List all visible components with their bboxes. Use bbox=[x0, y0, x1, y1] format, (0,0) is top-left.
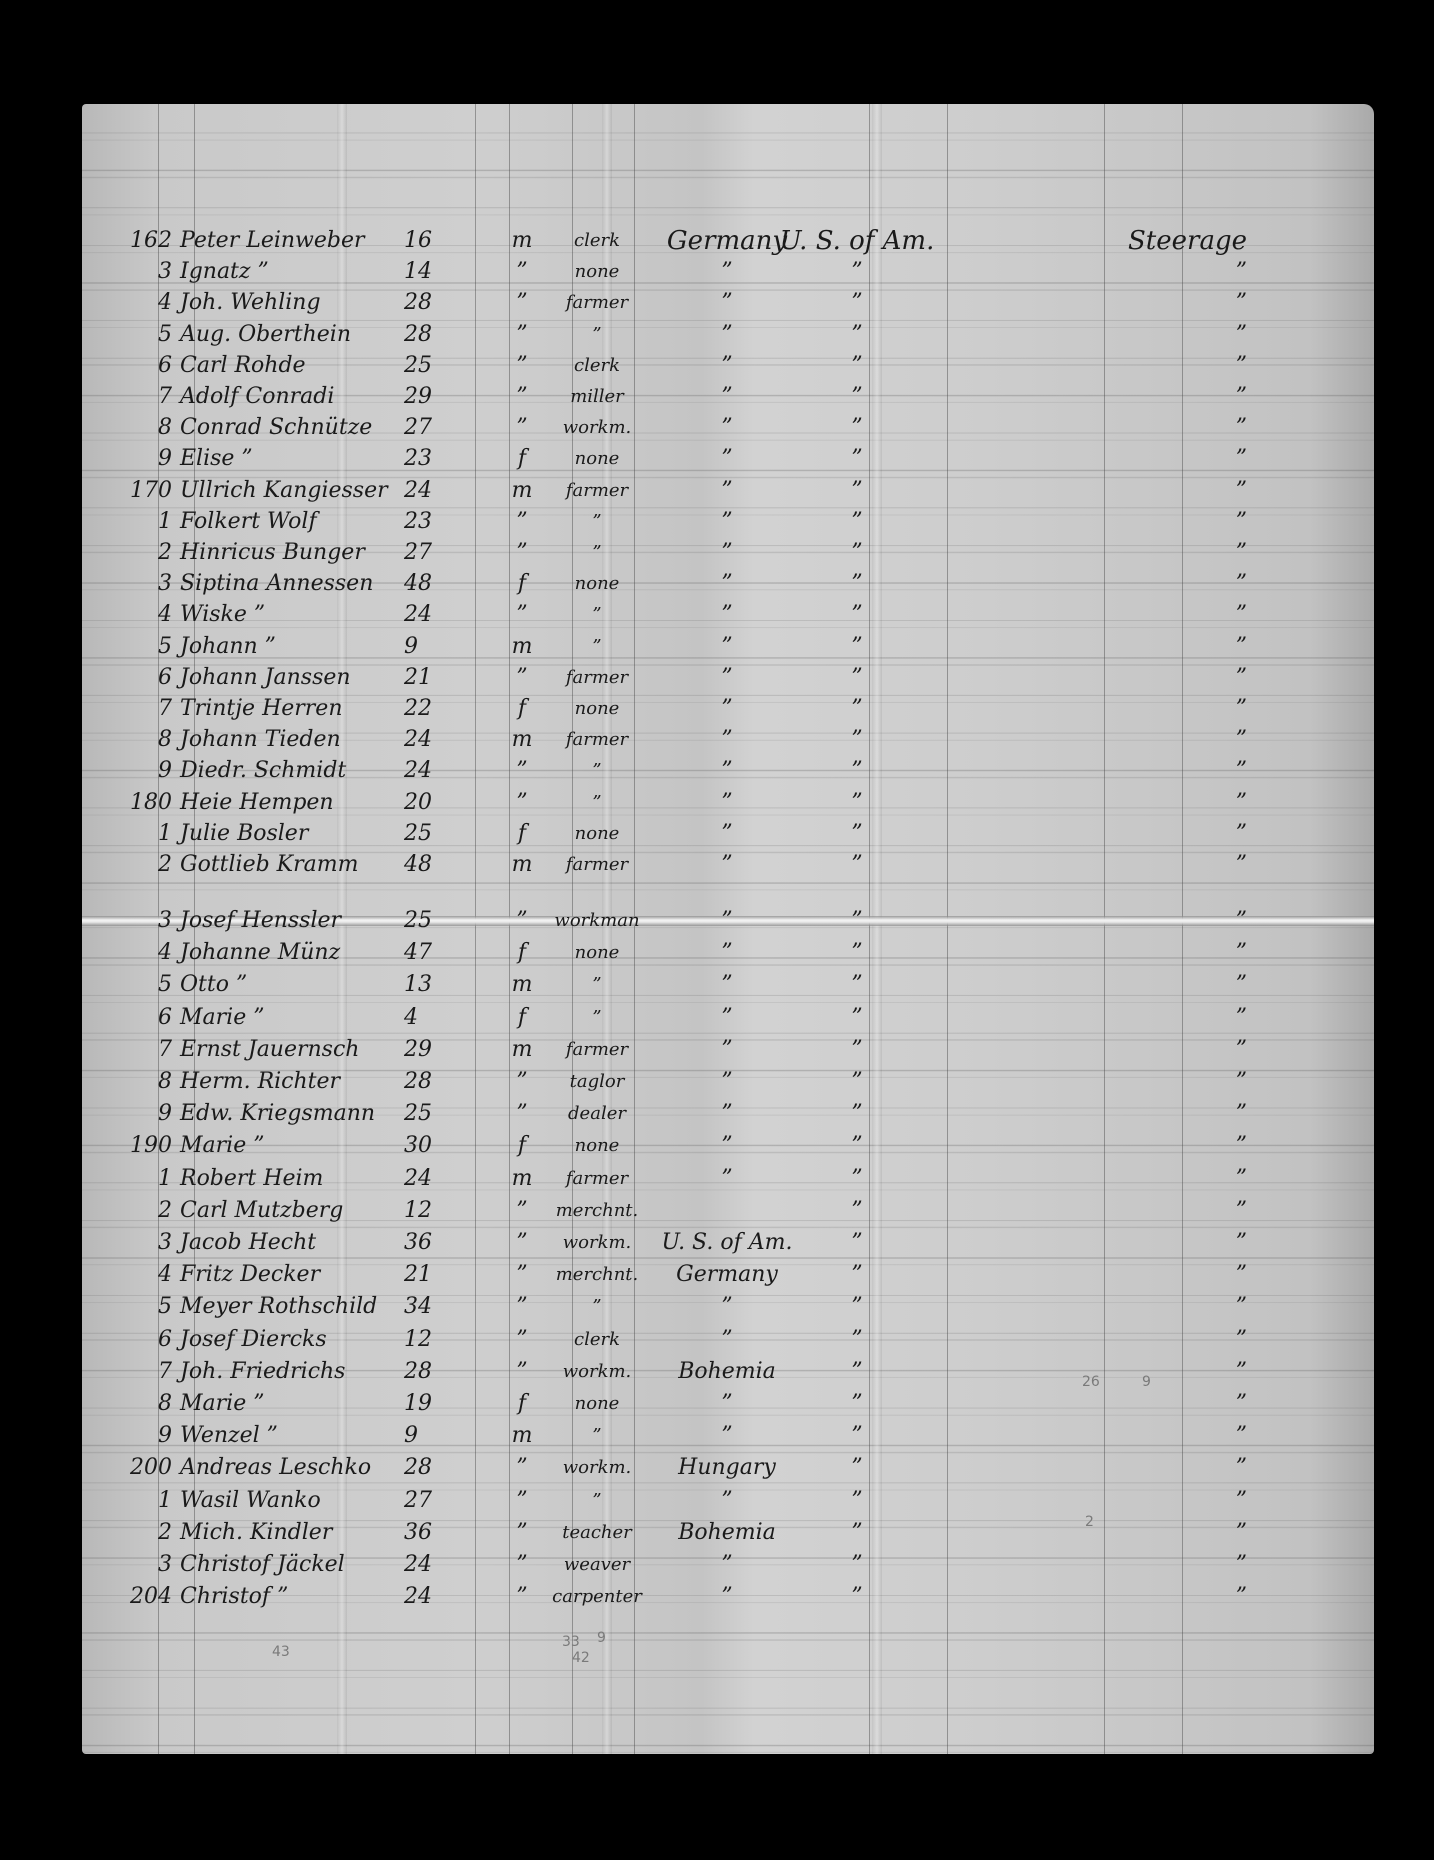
passenger-number: 6 bbox=[112, 661, 172, 695]
passenger-sex: ” bbox=[502, 1065, 542, 1099]
passenger-sex: m bbox=[502, 1162, 542, 1196]
passenger-number: 5 bbox=[112, 968, 172, 1002]
passenger-age: 28 bbox=[404, 318, 474, 352]
passenger-number: 7 bbox=[112, 1355, 172, 1389]
passenger-age: 48 bbox=[404, 567, 474, 601]
passenger-destination: ” bbox=[772, 318, 942, 352]
passenger-age: 25 bbox=[404, 904, 474, 938]
passenger-destination: ” bbox=[772, 754, 942, 788]
passenger-destination: ” bbox=[772, 1451, 942, 1485]
passenger-sex: ” bbox=[502, 1355, 542, 1389]
passenger-age: 29 bbox=[404, 380, 474, 414]
passenger-number: 1 bbox=[112, 1484, 172, 1518]
pencil-note: 26 bbox=[1082, 1374, 1100, 1390]
passenger-accommodation: ” bbox=[967, 349, 1247, 383]
passenger-accommodation: ” bbox=[967, 411, 1247, 445]
passenger-accommodation: ” bbox=[967, 474, 1247, 508]
passenger-age: 27 bbox=[404, 1484, 474, 1518]
passenger-destination: ” bbox=[772, 1419, 942, 1453]
passenger-number: 5 bbox=[112, 1290, 172, 1324]
manifest-row: 1 Wasil Wanko 27 ” ” ” ” ” bbox=[82, 1484, 1374, 1518]
passenger-age: 25 bbox=[404, 349, 474, 383]
passenger-age: 28 bbox=[404, 1451, 474, 1485]
passenger-sex: m bbox=[502, 848, 542, 882]
passenger-accommodation: ” bbox=[967, 598, 1247, 632]
passenger-age: 23 bbox=[404, 442, 474, 476]
passenger-number: 2 bbox=[112, 536, 172, 570]
passenger-destination: ” bbox=[772, 968, 942, 1002]
manifest-row: 4 Fritz Decker 21 ” merchnt. Germany ” ” bbox=[82, 1258, 1374, 1292]
passenger-accommodation: ” bbox=[967, 630, 1247, 664]
passenger-accommodation: ” bbox=[967, 817, 1247, 851]
passenger-destination: ” bbox=[772, 1548, 942, 1582]
passenger-destination: ” bbox=[772, 786, 942, 820]
passenger-accommodation: ” bbox=[967, 1258, 1247, 1292]
passenger-sex: ” bbox=[502, 505, 542, 539]
manifest-row: 3 Siptina Annessen 48 f none ” ” ” bbox=[82, 567, 1374, 601]
passenger-sex: f bbox=[502, 817, 542, 851]
passenger-number: 162 bbox=[112, 224, 172, 258]
pencil-note: 9 bbox=[1142, 1374, 1151, 1390]
passenger-number: 190 bbox=[112, 1129, 172, 1163]
passenger-destination: ” bbox=[772, 723, 942, 757]
passenger-number: 9 bbox=[112, 442, 172, 476]
passenger-number: 3 bbox=[112, 1226, 172, 1260]
passenger-destination: ” bbox=[772, 255, 942, 289]
passenger-sex: ” bbox=[502, 598, 542, 632]
passenger-accommodation: ” bbox=[967, 1065, 1247, 1099]
passenger-sex: ” bbox=[502, 1226, 542, 1260]
passenger-sex: f bbox=[502, 442, 542, 476]
passenger-number: 8 bbox=[112, 1065, 172, 1099]
passenger-accommodation: ” bbox=[967, 786, 1247, 820]
passenger-accommodation: ” bbox=[967, 1097, 1247, 1131]
manifest-row: 7 Adolf Conradi 29 ” miller ” ” ” bbox=[82, 380, 1374, 414]
passenger-sex: f bbox=[502, 692, 542, 726]
passenger-accommodation: ” bbox=[967, 1194, 1247, 1228]
passenger-number: 7 bbox=[112, 1033, 172, 1067]
passenger-sex: ” bbox=[502, 1516, 542, 1550]
passenger-sex: f bbox=[502, 567, 542, 601]
manifest-row: 9 Elise ” 23 f none ” ” ” bbox=[82, 442, 1374, 476]
passenger-sex: ” bbox=[502, 1548, 542, 1582]
pencil-note: 33 bbox=[562, 1634, 580, 1650]
pencil-note: 2 bbox=[1085, 1514, 1094, 1530]
passenger-sex: ” bbox=[502, 1580, 542, 1614]
passenger-destination: ” bbox=[772, 848, 942, 882]
manifest-row: 190 Marie ” 30 f none ” ” ” bbox=[82, 1129, 1374, 1163]
passenger-age: 27 bbox=[404, 536, 474, 570]
manifest-row: 8 Conrad Schnütze 27 ” workm. ” ” ” bbox=[82, 411, 1374, 445]
manifest-row: 170 Ullrich Kangiesser 24 m farmer ” ” ” bbox=[82, 474, 1374, 508]
passenger-accommodation: ” bbox=[967, 318, 1247, 352]
pencil-note: 9 bbox=[597, 1630, 606, 1646]
manifest-row: 5 Johann ” 9 m ” ” ” ” bbox=[82, 630, 1374, 664]
passenger-destination: ” bbox=[772, 1258, 942, 1292]
manifest-row: 7 Ernst Jauernsch 29 m farmer ” ” ” bbox=[82, 1033, 1374, 1067]
manifest-row: 1 Folkert Wolf 23 ” ” ” ” ” bbox=[82, 505, 1374, 539]
passenger-accommodation: ” bbox=[967, 1162, 1247, 1196]
passenger-age: 4 bbox=[404, 1001, 474, 1035]
manifest-row: 9 Wenzel ” 9 m ” ” ” ” bbox=[82, 1419, 1374, 1453]
passenger-age: 34 bbox=[404, 1290, 474, 1324]
manifest-row: 2 Gottlieb Kramm 48 m farmer ” ” ” bbox=[82, 848, 1374, 882]
passenger-sex: m bbox=[502, 1419, 542, 1453]
passenger-destination: ” bbox=[772, 1226, 942, 1260]
passenger-age: 20 bbox=[404, 786, 474, 820]
passenger-destination: ” bbox=[772, 1484, 942, 1518]
passenger-accommodation: ” bbox=[967, 1484, 1247, 1518]
passenger-number: 9 bbox=[112, 1097, 172, 1131]
passenger-sex: ” bbox=[502, 1484, 542, 1518]
passenger-number: 6 bbox=[112, 1323, 172, 1357]
passenger-sex: ” bbox=[502, 1194, 542, 1228]
passenger-destination: ” bbox=[772, 936, 942, 970]
passenger-accommodation: ” bbox=[967, 692, 1247, 726]
passenger-number: 2 bbox=[112, 1516, 172, 1550]
passenger-age: 36 bbox=[404, 1226, 474, 1260]
passenger-destination: ” bbox=[772, 1355, 942, 1389]
passenger-accommodation: ” bbox=[967, 968, 1247, 1002]
passenger-destination: ” bbox=[772, 598, 942, 632]
passenger-age: 9 bbox=[404, 630, 474, 664]
passenger-number: 8 bbox=[112, 723, 172, 757]
manifest-page: 162 Peter Leinweber 16 m clerk Germany U… bbox=[82, 104, 1374, 1754]
manifest-row: 7 Joh. Friedrichs 28 ” workm. Bohemia ” … bbox=[82, 1355, 1374, 1389]
passenger-number: 4 bbox=[112, 1258, 172, 1292]
manifest-row: 204 Christof ” 24 ” carpenter ” ” ” bbox=[82, 1580, 1374, 1614]
manifest-row: 6 Johann Janssen 21 ” farmer ” ” ” bbox=[82, 661, 1374, 695]
passenger-number: 8 bbox=[112, 1387, 172, 1421]
passenger-destination: ” bbox=[772, 1516, 942, 1550]
manifest-row: 5 Otto ” 13 m ” ” ” ” bbox=[82, 968, 1374, 1002]
passenger-age: 47 bbox=[404, 936, 474, 970]
manifest-row: 9 Edw. Kriegsmann 25 ” dealer ” ” ” bbox=[82, 1097, 1374, 1131]
passenger-destination: ” bbox=[772, 474, 942, 508]
passenger-age: 36 bbox=[404, 1516, 474, 1550]
passenger-sex: ” bbox=[502, 1323, 542, 1357]
manifest-row: 3 Christof Jäckel 24 ” weaver ” ” ” bbox=[82, 1548, 1374, 1582]
passenger-accommodation: ” bbox=[967, 1419, 1247, 1453]
passenger-number: 2 bbox=[112, 848, 172, 882]
passenger-sex: ” bbox=[502, 286, 542, 320]
pencil-note: 42 bbox=[572, 1650, 590, 1666]
passenger-accommodation: ” bbox=[967, 255, 1247, 289]
passenger-age: 24 bbox=[404, 754, 474, 788]
passenger-destination: ” bbox=[772, 661, 942, 695]
passenger-age: 21 bbox=[404, 661, 474, 695]
passenger-number: 3 bbox=[112, 255, 172, 289]
passenger-number: 1 bbox=[112, 1162, 172, 1196]
passenger-number: 4 bbox=[112, 598, 172, 632]
passenger-sex: f bbox=[502, 1387, 542, 1421]
passenger-sex: ” bbox=[502, 754, 542, 788]
passenger-destination: ” bbox=[772, 1065, 942, 1099]
passenger-age: 22 bbox=[404, 692, 474, 726]
passenger-sex: ” bbox=[502, 349, 542, 383]
passenger-age: 28 bbox=[404, 1355, 474, 1389]
passenger-destination: ” bbox=[772, 1194, 942, 1228]
passenger-destination: ” bbox=[772, 1323, 942, 1357]
passenger-age: 30 bbox=[404, 1129, 474, 1163]
manifest-row: 8 Marie ” 19 f none ” ” ” bbox=[82, 1387, 1374, 1421]
passenger-age: 24 bbox=[404, 598, 474, 632]
manifest-row: 2 Hinricus Bunger 27 ” ” ” ” ” bbox=[82, 536, 1374, 570]
manifest-row: 180 Heie Hempen 20 ” ” ” ” ” bbox=[82, 786, 1374, 820]
pencil-note: 43 bbox=[272, 1644, 290, 1660]
passenger-accommodation: ” bbox=[967, 1580, 1247, 1614]
passenger-sex: ” bbox=[502, 536, 542, 570]
passenger-sex: ” bbox=[502, 1258, 542, 1292]
manifest-row: 8 Herm. Richter 28 ” taglor ” ” ” bbox=[82, 1065, 1374, 1099]
passenger-accommodation: ” bbox=[967, 1129, 1247, 1163]
manifest-row: 200 Andreas Leschko 28 ” workm. Hungary … bbox=[82, 1451, 1374, 1485]
passenger-age: 24 bbox=[404, 474, 474, 508]
passenger-accommodation: ” bbox=[967, 536, 1247, 570]
passenger-accommodation: ” bbox=[967, 1387, 1247, 1421]
passenger-destination: ” bbox=[772, 1001, 942, 1035]
passenger-number: 6 bbox=[112, 349, 172, 383]
passenger-number: 9 bbox=[112, 754, 172, 788]
passenger-number: 1 bbox=[112, 817, 172, 851]
passenger-destination: ” bbox=[772, 567, 942, 601]
passenger-destination: ” bbox=[772, 380, 942, 414]
passenger-sex: ” bbox=[502, 1097, 542, 1131]
passenger-number: 170 bbox=[112, 474, 172, 508]
passenger-accommodation: ” bbox=[967, 1451, 1247, 1485]
passenger-accommodation: ” bbox=[967, 1290, 1247, 1324]
passenger-number: 6 bbox=[112, 1001, 172, 1035]
manifest-row: 2 Carl Mutzberg 12 ” merchnt. ” ” bbox=[82, 1194, 1374, 1228]
passenger-number: 7 bbox=[112, 692, 172, 726]
passenger-age: 24 bbox=[404, 1162, 474, 1196]
passenger-sex: ” bbox=[502, 318, 542, 352]
manifest-row: 9 Diedr. Schmidt 24 ” ” ” ” ” bbox=[82, 754, 1374, 788]
passenger-number: 3 bbox=[112, 567, 172, 601]
manifest-row: 6 Carl Rohde 25 ” clerk ” ” ” bbox=[82, 349, 1374, 383]
passenger-sex: ” bbox=[502, 380, 542, 414]
passenger-destination: ” bbox=[772, 1129, 942, 1163]
passenger-accommodation: ” bbox=[967, 661, 1247, 695]
passenger-number: 9 bbox=[112, 1419, 172, 1453]
manifest-row: 4 Joh. Wehling 28 ” farmer ” ” ” bbox=[82, 286, 1374, 320]
passenger-accommodation: ” bbox=[967, 904, 1247, 938]
manifest-row: 8 Johann Tieden 24 m farmer ” ” ” bbox=[82, 723, 1374, 757]
passenger-number: 5 bbox=[112, 318, 172, 352]
passenger-number: 180 bbox=[112, 786, 172, 820]
passenger-occupation: merchnt. bbox=[542, 1194, 652, 1228]
passenger-number: 7 bbox=[112, 380, 172, 414]
passenger-accommodation: ” bbox=[967, 567, 1247, 601]
passenger-number: 3 bbox=[112, 1548, 172, 1582]
passenger-sex: m bbox=[502, 224, 542, 258]
manifest-row: 3 Jacob Hecht 36 ” workm. U. S. of Am. ”… bbox=[82, 1226, 1374, 1260]
passenger-sex: ” bbox=[502, 786, 542, 820]
passenger-age: 21 bbox=[404, 1258, 474, 1292]
passenger-destination: ” bbox=[772, 630, 942, 664]
passenger-age: 27 bbox=[404, 411, 474, 445]
passenger-destination: ” bbox=[772, 411, 942, 445]
manifest-row: 5 Meyer Rothschild 34 ” ” ” ” ” bbox=[82, 1290, 1374, 1324]
manifest-row: 6 Josef Diercks 12 ” clerk ” ” ” bbox=[82, 1323, 1374, 1357]
passenger-destination: ” bbox=[772, 536, 942, 570]
passenger-accommodation: ” bbox=[967, 505, 1247, 539]
passenger-destination: ” bbox=[772, 1387, 942, 1421]
passenger-sex: m bbox=[502, 474, 542, 508]
passenger-age: 16 bbox=[404, 224, 474, 258]
passenger-number: 1 bbox=[112, 505, 172, 539]
passenger-accommodation: ” bbox=[967, 1548, 1247, 1582]
passenger-number: 200 bbox=[112, 1451, 172, 1485]
manifest-row: 4 Wiske ” 24 ” ” ” ” ” bbox=[82, 598, 1374, 632]
passenger-sex: ” bbox=[502, 255, 542, 289]
passenger-number: 3 bbox=[112, 904, 172, 938]
passenger-destination: U. S. of Am. bbox=[772, 224, 942, 258]
passenger-sex: ” bbox=[502, 1451, 542, 1485]
manifest-row: 7 Trintje Herren 22 f none ” ” ” bbox=[82, 692, 1374, 726]
passenger-number: 2 bbox=[112, 1194, 172, 1228]
passenger-destination: ” bbox=[772, 349, 942, 383]
passenger-sex: ” bbox=[502, 1290, 542, 1324]
passenger-accommodation: ” bbox=[967, 286, 1247, 320]
manifest-row: 3 Josef Henssler 25 ” workman ” ” ” bbox=[82, 904, 1374, 938]
passenger-accommodation: ” bbox=[967, 1033, 1247, 1067]
passenger-destination: ” bbox=[772, 442, 942, 476]
passenger-sex: m bbox=[502, 630, 542, 664]
passenger-number: 8 bbox=[112, 411, 172, 445]
passenger-age: 29 bbox=[404, 1033, 474, 1067]
passenger-number: 204 bbox=[112, 1580, 172, 1614]
passenger-age: 25 bbox=[404, 817, 474, 851]
passenger-accommodation: ” bbox=[967, 1516, 1247, 1550]
manifest-row: 3 Ignatz ” 14 ” none ” ” ” bbox=[82, 255, 1374, 289]
passenger-accommodation: ” bbox=[967, 848, 1247, 882]
manifest-row: 6 Marie ” 4 f ” ” ” ” bbox=[82, 1001, 1374, 1035]
passenger-age: 23 bbox=[404, 505, 474, 539]
passenger-destination: ” bbox=[772, 1580, 942, 1614]
passenger-age: 13 bbox=[404, 968, 474, 1002]
passenger-destination: ” bbox=[772, 1290, 942, 1324]
manifest-row: 4 Johanne Münz 47 f none ” ” ” bbox=[82, 936, 1374, 970]
passenger-age: 28 bbox=[404, 286, 474, 320]
passenger-age: 12 bbox=[404, 1194, 474, 1228]
passenger-sex: m bbox=[502, 968, 542, 1002]
passenger-accommodation: ” bbox=[967, 1355, 1247, 1389]
passenger-number: 5 bbox=[112, 630, 172, 664]
passenger-destination: ” bbox=[772, 1097, 942, 1131]
passenger-age: 12 bbox=[404, 1323, 474, 1357]
passenger-sex: f bbox=[502, 1129, 542, 1163]
passenger-age: 28 bbox=[404, 1065, 474, 1099]
passenger-sex: ” bbox=[502, 411, 542, 445]
manifest-row: 1 Julie Bosler 25 f none ” ” ” bbox=[82, 817, 1374, 851]
passenger-sex: ” bbox=[502, 904, 542, 938]
passenger-accommodation: ” bbox=[967, 442, 1247, 476]
passenger-accommodation: ” bbox=[967, 1323, 1247, 1357]
passenger-age: 19 bbox=[404, 1387, 474, 1421]
passenger-destination: ” bbox=[772, 1162, 942, 1196]
passenger-accommodation: ” bbox=[967, 754, 1247, 788]
passenger-age: 24 bbox=[404, 1580, 474, 1614]
passenger-accommodation: ” bbox=[967, 936, 1247, 970]
passenger-age: 9 bbox=[404, 1419, 474, 1453]
passenger-age: 14 bbox=[404, 255, 474, 289]
passenger-sex: m bbox=[502, 723, 542, 757]
passenger-number: 4 bbox=[112, 936, 172, 970]
passenger-accommodation: ” bbox=[967, 1226, 1247, 1260]
manifest-row: 162 Peter Leinweber 16 m clerk Germany U… bbox=[82, 224, 1374, 258]
passenger-destination: ” bbox=[772, 505, 942, 539]
manifest-row: 1 Robert Heim 24 m farmer ” ” ” bbox=[82, 1162, 1374, 1196]
passenger-destination: ” bbox=[772, 817, 942, 851]
passenger-destination: ” bbox=[772, 1033, 942, 1067]
passenger-age: 24 bbox=[404, 1548, 474, 1582]
passenger-accommodation: ” bbox=[967, 380, 1247, 414]
passenger-age: 24 bbox=[404, 723, 474, 757]
passenger-number: 4 bbox=[112, 286, 172, 320]
passenger-sex: m bbox=[502, 1033, 542, 1067]
passenger-age: 48 bbox=[404, 848, 474, 882]
passenger-accommodation: ” bbox=[967, 723, 1247, 757]
manifest-row: 5 Aug. Oberthein 28 ” ” ” ” ” bbox=[82, 318, 1374, 352]
manifest-row: 2 Mich. Kindler 36 ” teacher Bohemia ” ” bbox=[82, 1516, 1374, 1550]
passenger-accommodation: Steerage bbox=[967, 224, 1247, 258]
passenger-age: 25 bbox=[404, 1097, 474, 1131]
passenger-destination: ” bbox=[772, 904, 942, 938]
passenger-destination: ” bbox=[772, 692, 942, 726]
passenger-sex: ” bbox=[502, 661, 542, 695]
passenger-sex: f bbox=[502, 1001, 542, 1035]
passenger-destination: ” bbox=[772, 286, 942, 320]
passenger-sex: f bbox=[502, 936, 542, 970]
passenger-accommodation: ” bbox=[967, 1001, 1247, 1035]
